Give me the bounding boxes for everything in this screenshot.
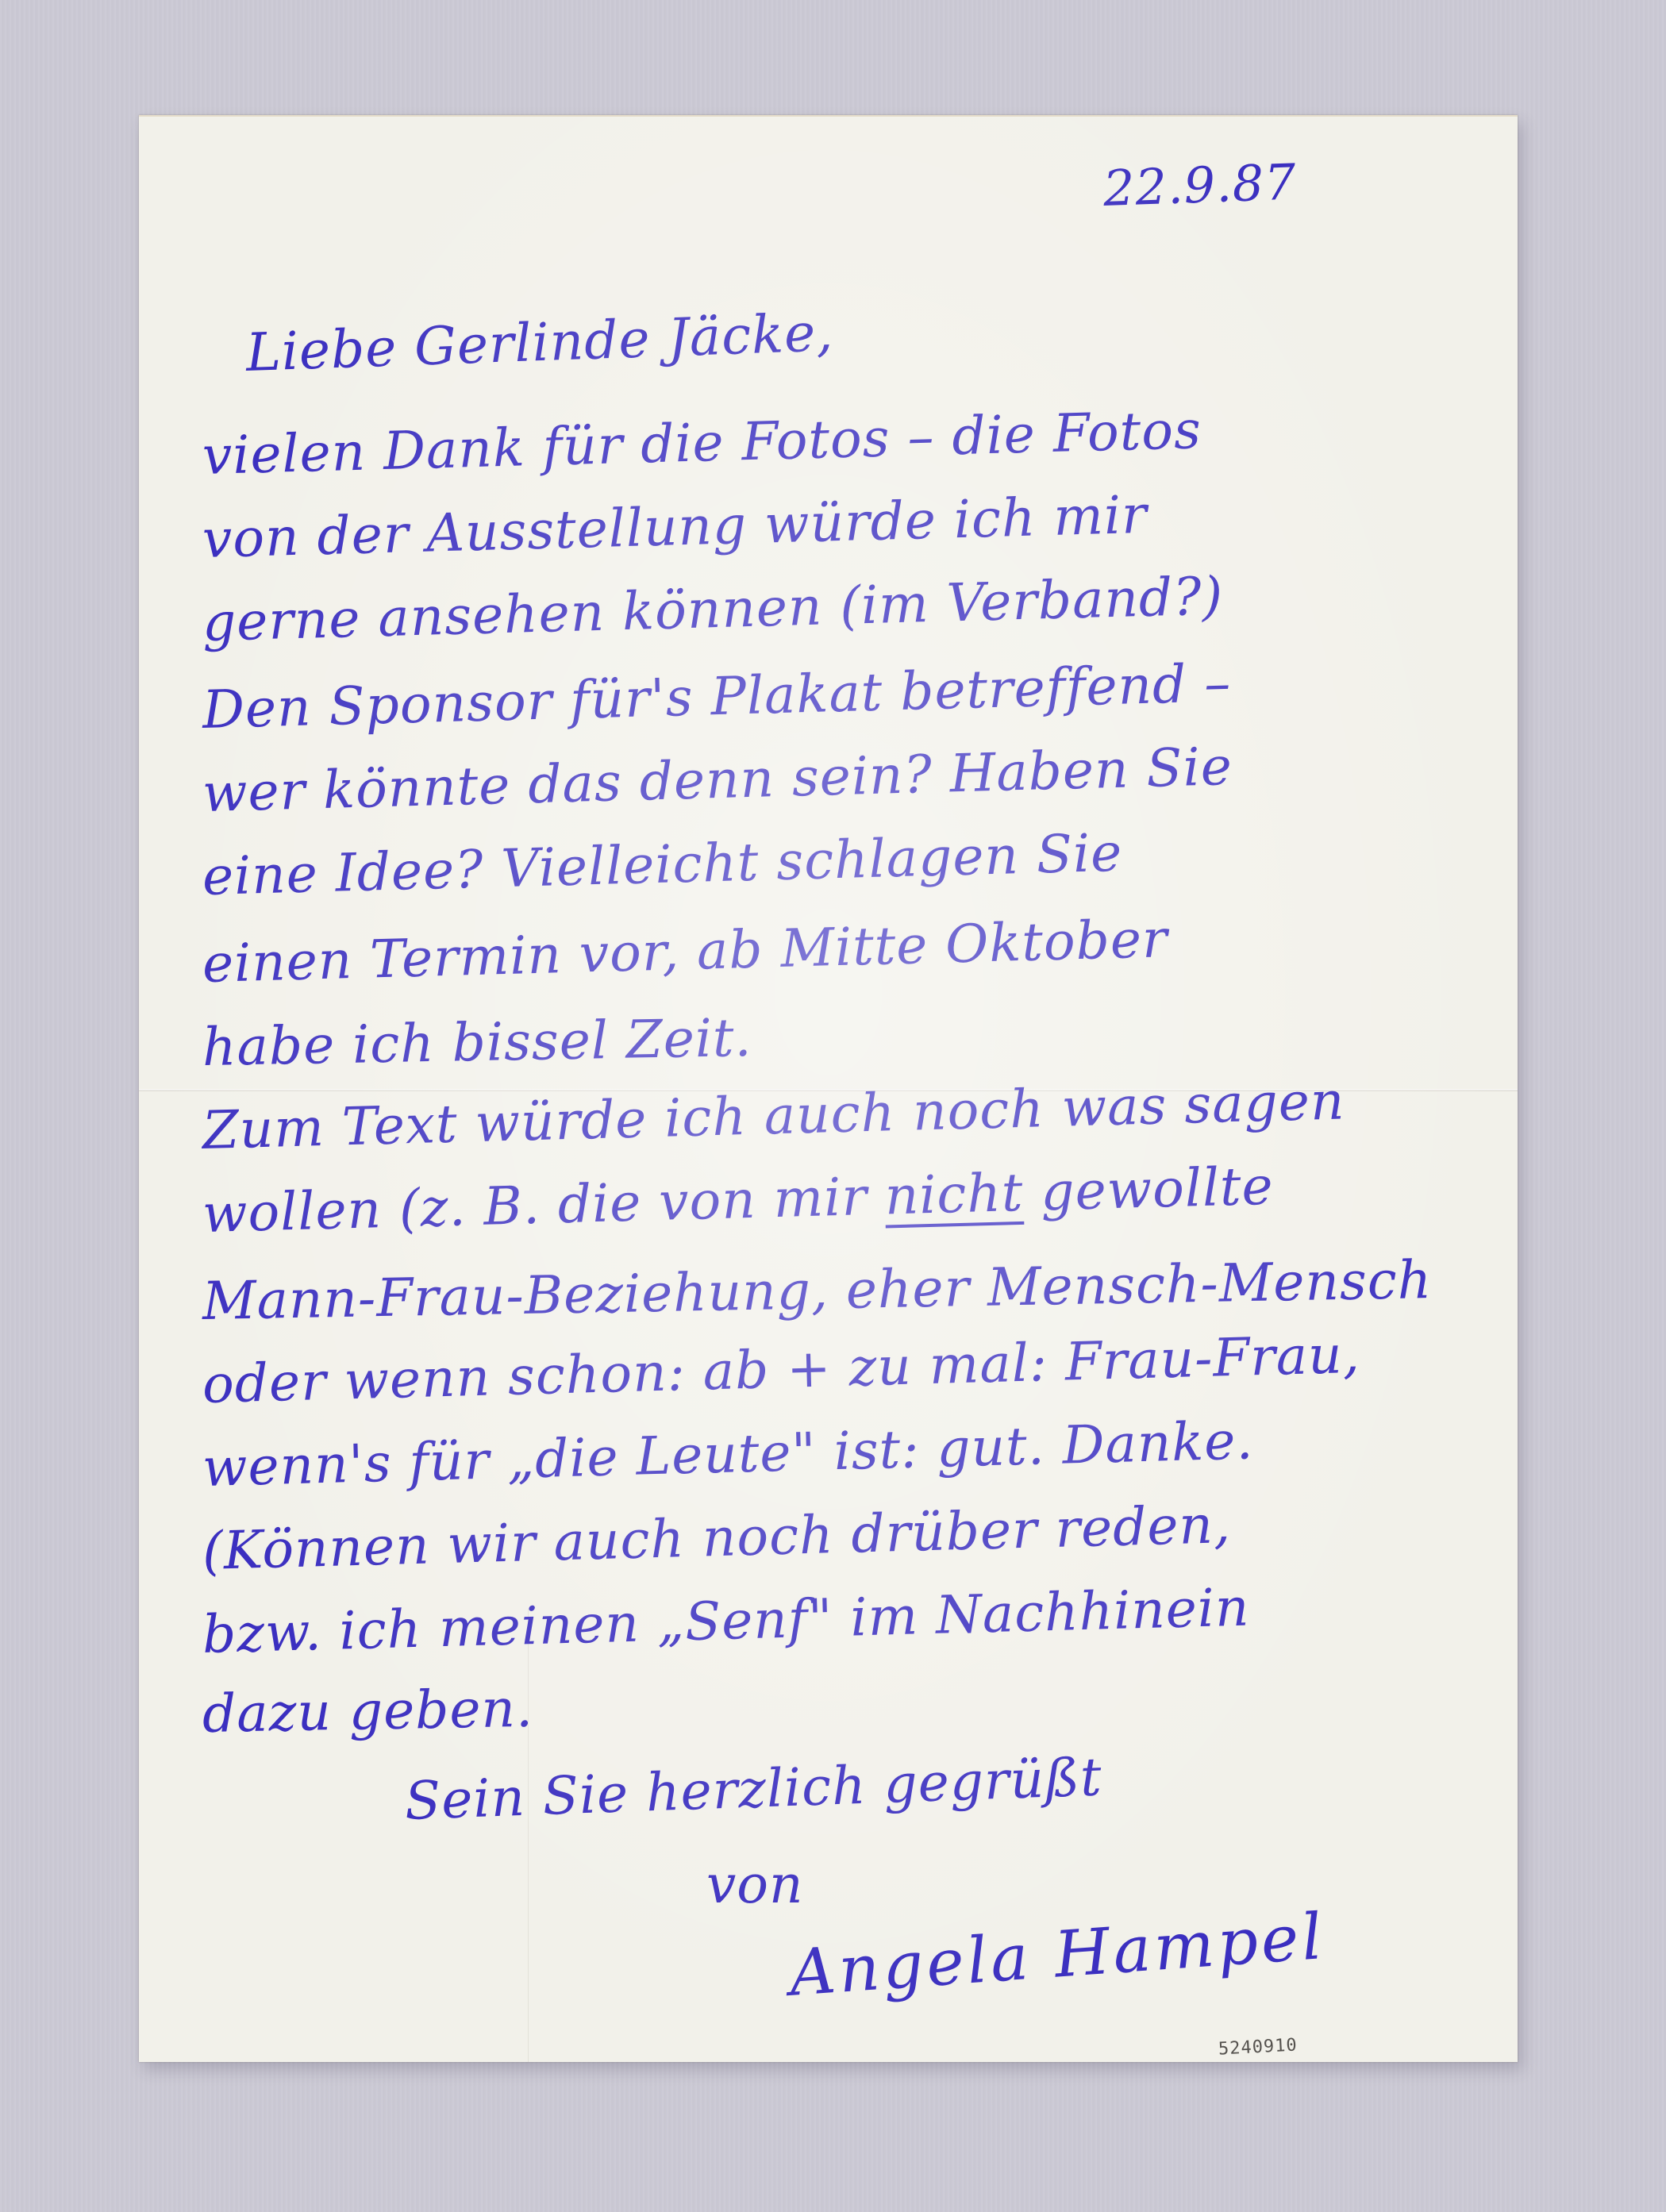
underlined-word: nicht xyxy=(884,1162,1025,1227)
body-line: Den Sponsor für's Plakat betreffend – xyxy=(202,657,1232,737)
letter-paper: 22.9.87 Liebe Gerlinde Jäcke, vielen Dan… xyxy=(139,115,1518,2062)
body-line: habe ich bissel Zeit. xyxy=(202,1012,752,1074)
archive-number: 5240910 xyxy=(1218,2035,1298,2059)
body-line: bzw. ich meinen „Senf" im Nachhinein xyxy=(202,1581,1250,1661)
salutation: Liebe Gerlinde Jäcke, xyxy=(245,306,834,379)
vertical-crease xyxy=(528,1609,529,2062)
signature: Angela Hampel xyxy=(787,1905,1327,2006)
body-line: (Können wir auch noch drüber reden, xyxy=(202,1498,1232,1578)
body-line-text: wollen (z. B. die von mir nicht gewollte xyxy=(202,1156,1275,1244)
body-line: wollen (z. B. die von mir nicht gewollte xyxy=(202,1160,1274,1241)
body-line: einen Termin vor, ab Mitte Oktober xyxy=(202,913,1168,991)
body-line: wer könnte das denn sein? Haben Sie xyxy=(202,741,1233,820)
body-line: gerne ansehen können (im Verband?) xyxy=(202,570,1224,649)
body-line: vielen Dank für die Fotos – die Fotos xyxy=(202,404,1202,483)
letter-date: 22.9.87 xyxy=(1102,158,1298,214)
body-line: oder wenn schon: ab + zu mal: Frau-Frau, xyxy=(202,1329,1360,1411)
body-line: wenn's für „die Leute" ist: gut. Danke. xyxy=(202,1414,1254,1495)
body-line: eine Idee? Vielleicht schlagen Sie xyxy=(202,827,1123,903)
closing: Sein Sie herzlich gegrüßt xyxy=(404,1751,1103,1828)
closing-from: von xyxy=(706,1859,804,1911)
body-line: Mann-Frau-Beziehung, eher Mensch-Mensch xyxy=(202,1254,1432,1328)
body-line: dazu geben. xyxy=(202,1683,533,1741)
body-line: von der Ausstellung würde ich mir xyxy=(202,489,1148,566)
body-line: Zum Text würde ich auch noch was sagen xyxy=(202,1075,1345,1157)
